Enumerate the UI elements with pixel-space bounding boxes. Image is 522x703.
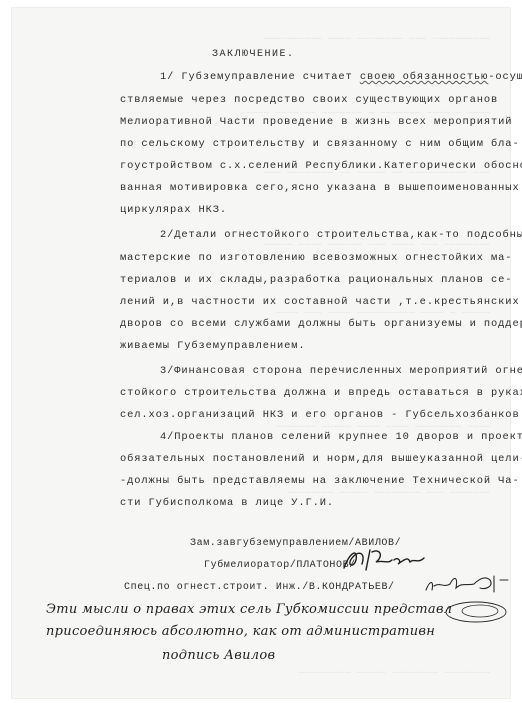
paragraph-1-line: ствляемые через посредство своих существ…	[120, 95, 498, 105]
paragraph-1-line: гоустройством с.х.селений Республики.Кат…	[120, 161, 522, 171]
paragraph-4-line: сти Губисполкома в лице У.Г.И.	[120, 498, 334, 508]
paragraph-2-line: мастерские по изготовлению всевозможных …	[120, 253, 512, 263]
paragraph-2-line: дворов со всеми службами должны быть орг…	[120, 319, 522, 329]
paragraph-2-line: териалов и их склады,разработка рационал…	[120, 275, 512, 285]
paragraph-2-line: 2/Детали огнестойкого строительства,как-…	[160, 230, 522, 240]
paragraph-2-line: лений и,в частности их составной части ,…	[120, 297, 520, 307]
paragraph-3-line: 3/Финансовая сторона перечисленных мероп…	[160, 366, 522, 376]
paragraph-1-line: ванная мотивировка сего,ясно указана в в…	[120, 183, 520, 193]
paragraph-1-line: циркулярах НКЗ.	[120, 205, 227, 215]
paragraph-1-number: 1/	[160, 71, 174, 83]
document-title: ЗАКЛЮЧЕНИЕ.	[212, 50, 295, 60]
bleed-through-text: ──────── ─── ──── ─── ────── ──── ─────	[52, 240, 490, 249]
document-page: ────────── ─── ──────── ──── ────────── …	[12, 8, 510, 698]
handwritten-signature-kondratiev	[420, 568, 512, 628]
paragraph-3-line: стойкого строительства должна и впредь о…	[120, 388, 522, 398]
signature-line-platonov: Губмелиоратор/ПЛАТОНОВ/	[204, 560, 356, 571]
paragraph-3-line: сел.хоз.организаций НКЗ и его органов - …	[120, 410, 522, 420]
bleed-through-text: ────────── ─── ──────── ──── ──────────	[52, 34, 490, 43]
handwritten-note-line: присоединяюсь абсолютно, как от админист…	[46, 624, 435, 639]
bleed-through-text: ──── ──────── ──── ──── ───── ───────	[52, 422, 490, 431]
paragraph-4-line: -должны быть представляемы на заключение…	[120, 476, 520, 486]
paragraph-1-line-1: 1/ Губземуправление считает своею обязан…	[160, 72, 522, 82]
paragraph-2-line: живаемы Губземуправлением.	[120, 341, 306, 351]
bleed-through-text: ──────── ──────── ───── ─────────	[52, 668, 490, 677]
handwritten-note-line: Эти мысли о правах этих сель Губкомиссии…	[46, 602, 452, 617]
paragraph-4-line: 4/Проекты планов селений крупнее 10 двор…	[160, 432, 522, 442]
paragraph-1-line: по сельскому строительству и связанному …	[120, 139, 520, 149]
handwritten-note-signature: подпись Авилов	[162, 648, 275, 663]
underlined-phrase: своею обязанностью	[360, 71, 488, 83]
paragraph-1-line: Мелиоративной Части проведение в жизнь в…	[120, 117, 512, 127]
bleed-through-text: ─────── ─── ──────── ───── ────────	[52, 488, 490, 497]
bleed-through-text: ───── ─ ──── ────────── ──── ─── ────	[52, 308, 490, 317]
paragraph-4-line: обязательных постановлений и норм,для вы…	[120, 454, 522, 464]
handwritten-signature-platonov	[340, 546, 430, 574]
signature-line-kondratiev: Спец.по огнест.строит. Инж./В.КОНДРАТЬЕВ…	[124, 582, 395, 593]
